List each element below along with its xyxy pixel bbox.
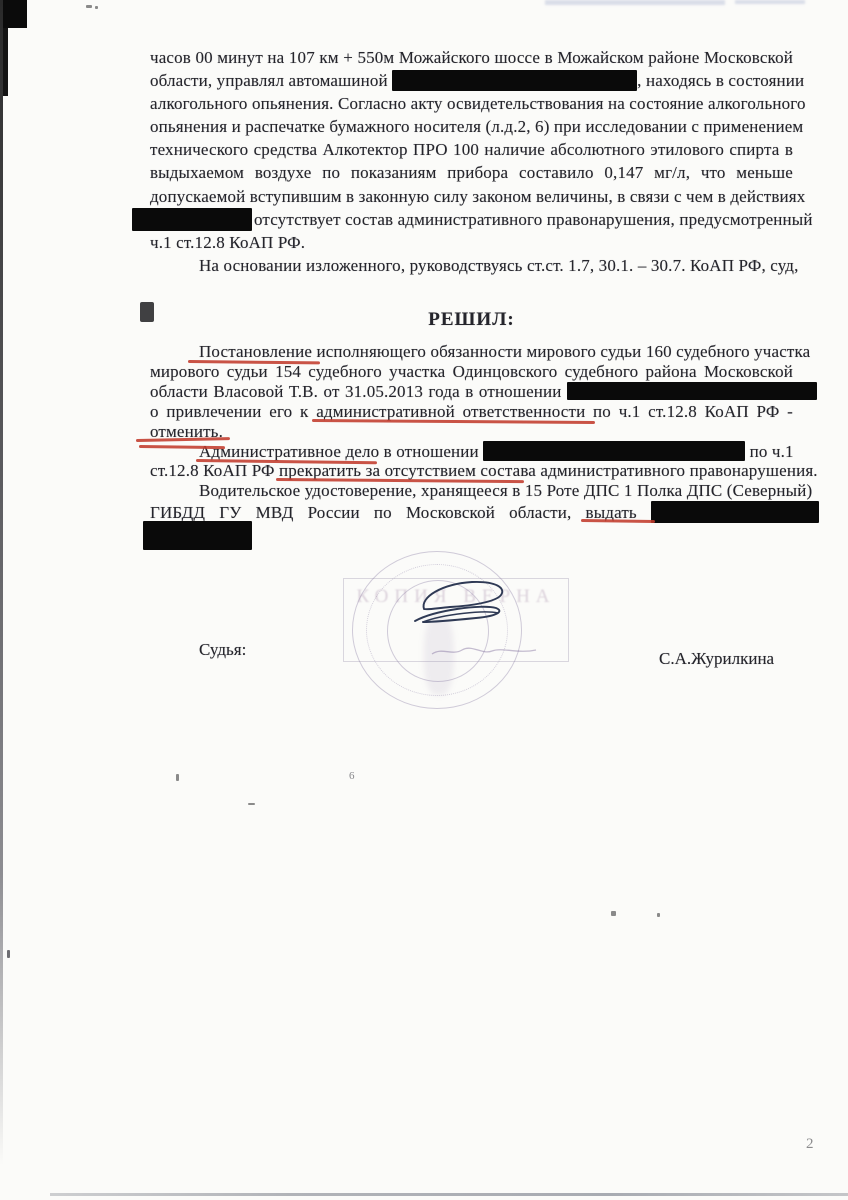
ink-speck xyxy=(86,5,92,8)
line-text: области Власовой Т.В. от 31.05.2013 года… xyxy=(150,382,562,401)
line-text: Водительское удостоверение, хранящееся в… xyxy=(199,481,812,500)
line-text: по ч.1 xyxy=(750,442,794,461)
text-line: выдыхаемом воздухе по показаниям прибора… xyxy=(150,161,793,184)
text-line: отсутствует состав административного пра… xyxy=(150,208,793,231)
text-line xyxy=(150,521,793,541)
ink-speck: 6 xyxy=(349,770,355,782)
line-text: , находясь в состоянии xyxy=(637,71,804,90)
line-text: Постановление исполняющего обязанности м… xyxy=(199,342,810,361)
line-text: технического средства Алкотектор ПРО 100… xyxy=(150,140,793,159)
ink-speck xyxy=(95,6,98,9)
line-text: часов 00 минут на 107 км + 550м Можайско… xyxy=(150,48,793,67)
stamp-ink-squiggle xyxy=(430,645,540,659)
text-line: Административное дело в отношении по ч.1 xyxy=(150,441,793,461)
line-text: мирового судьи 154 судебного участка Оди… xyxy=(150,362,793,381)
line-text: алкогольного опьянения. Согласно акту ос… xyxy=(150,94,806,113)
line-text: опьянения и распечатке бумажного носител… xyxy=(150,117,803,136)
ink-speck xyxy=(657,913,660,917)
text-line: ч.1 ст.12.8 КоАП РФ. xyxy=(150,231,793,254)
line-text: выдыхаемом воздухе по показаниям прибора… xyxy=(150,163,793,182)
text-line: технического средства Алкотектор ПРО 100… xyxy=(150,138,793,161)
line-text: отсутствует состав административного пра… xyxy=(254,210,813,229)
redaction-box xyxy=(392,70,637,91)
ink-speck xyxy=(611,911,616,916)
scan-top-smear xyxy=(735,0,805,4)
judge-name: С.А.Журилкина xyxy=(659,649,774,669)
ink-speck xyxy=(176,774,179,781)
text-line: о привлечении его к административной отв… xyxy=(150,402,793,422)
scan-left-edge-line xyxy=(0,0,3,1165)
ink-speck xyxy=(248,803,255,805)
court-decision-scan-page: 6 часов 00 минут на 107 км + 550м Можайс… xyxy=(0,0,848,1200)
page-number: 2 xyxy=(806,1136,814,1153)
ink-speck xyxy=(7,950,10,958)
text-line: часов 00 минут на 107 км + 550м Можайско… xyxy=(150,46,793,69)
decision-heading: РЕШИЛ: xyxy=(150,309,793,331)
text-line: отменить. xyxy=(150,422,793,442)
redaction-box xyxy=(567,382,817,400)
redaction-box xyxy=(143,521,252,550)
judge-signature xyxy=(408,577,518,637)
line-text: о привлечении его к административной отв… xyxy=(150,402,793,421)
text-line: Водительское удостоверение, хранящееся в… xyxy=(150,481,793,501)
judge-label: Судья: xyxy=(199,640,246,660)
text-line: алкогольного опьянения. Согласно акту ос… xyxy=(150,92,793,115)
body-paragraph-facts: часов 00 минут на 107 км + 550м Можайско… xyxy=(150,46,793,277)
text-line: опьянения и распечатке бумажного носител… xyxy=(150,115,793,138)
text-line: ст.12.8 КоАП РФ прекратить за отсутствие… xyxy=(150,461,793,481)
line-text: На основании изложенного, руководствуясь… xyxy=(199,256,799,275)
line-text: области, управлял автомашиной xyxy=(150,71,388,90)
redaction-box xyxy=(132,208,252,231)
text-line: Постановление исполняющего обязанности м… xyxy=(150,342,793,362)
scan-bottom-edge-line xyxy=(50,1193,848,1196)
body-paragraph-resolution: Постановление исполняющего обязанности м… xyxy=(150,342,793,541)
scan-corner-block-artifact xyxy=(0,0,27,28)
line-text: ст.12.8 КоАП РФ прекратить за отсутствие… xyxy=(150,461,818,480)
text-line: области Власовой Т.В. от 31.05.2013 года… xyxy=(150,382,793,402)
text-line: На основании изложенного, руководствуясь… xyxy=(150,254,793,277)
redaction-box xyxy=(483,441,745,461)
line-text: ч.1 ст.12.8 КоАП РФ. xyxy=(150,233,305,252)
text-line: допускаемой вступившим в законную силу з… xyxy=(150,185,793,208)
text-line: ГИБДД ГУ МВД России по Московской област… xyxy=(150,501,793,521)
redaction-box xyxy=(651,501,819,523)
line-text: ГИБДД ГУ МВД России по Московской област… xyxy=(150,503,637,522)
text-line: области, управлял автомашиной , находясь… xyxy=(150,69,793,92)
scan-top-smear xyxy=(545,0,725,5)
text-line: мирового судьи 154 судебного участка Оди… xyxy=(150,362,793,382)
line-text: допускаемой вступившим в законную силу з… xyxy=(150,187,805,206)
